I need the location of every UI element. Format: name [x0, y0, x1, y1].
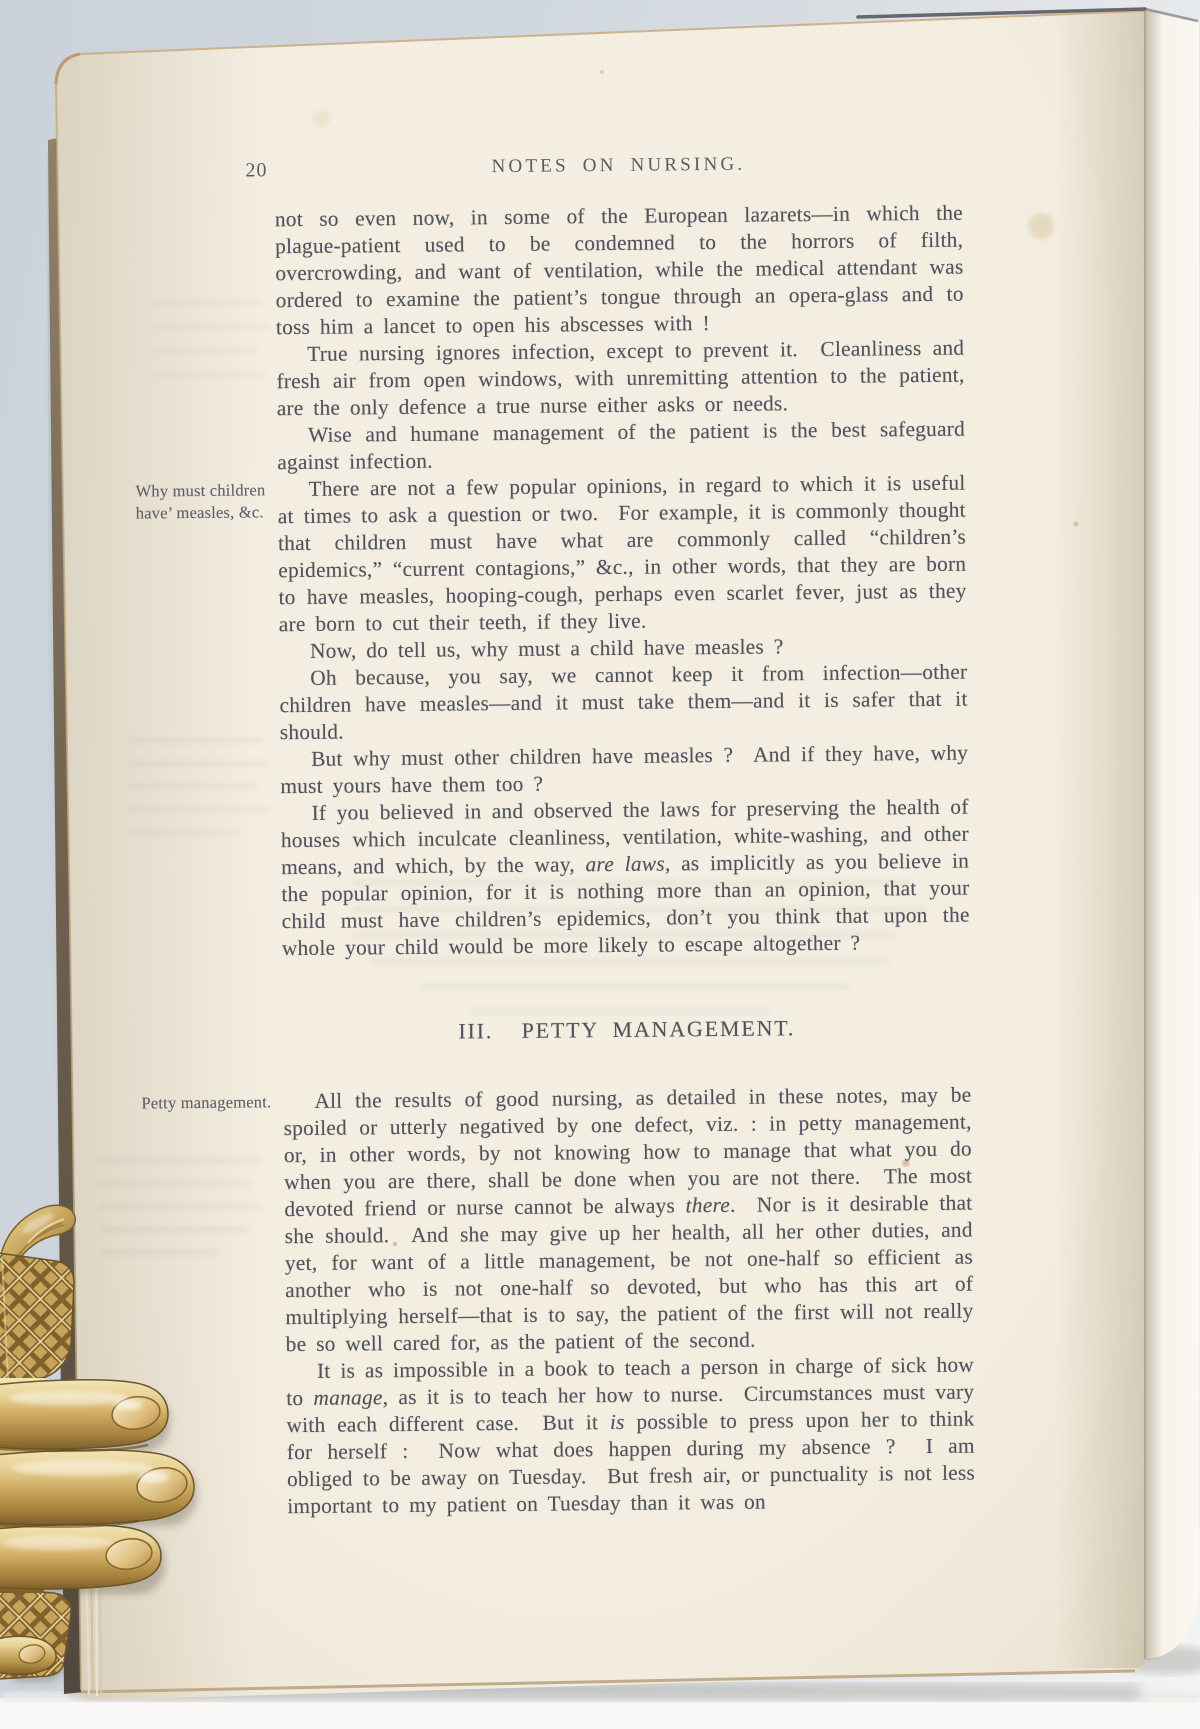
paragraph: Petty management.All the results of good…: [283, 1082, 974, 1359]
brass-hand-page-holder: [0, 1193, 208, 1693]
margin-note: Why must children have’ measles, &c.: [135, 479, 267, 523]
paragraph: If you believed in and observed the laws…: [281, 794, 971, 963]
paragraph: True nursing ignores infection, except t…: [276, 335, 965, 423]
paragraph: It is as impossible in a book to teach a…: [286, 1352, 976, 1521]
book-photograph: 20 NOTES ON NURSING. not so even now, in…: [0, 0, 1200, 1729]
page-number: 20: [245, 157, 267, 183]
margin-note: Petty management.: [141, 1091, 273, 1114]
running-head: NOTES ON NURSING.: [274, 151, 962, 182]
paragraph: Why must children have’ measles, &c.Ther…: [277, 470, 967, 639]
paragraph: not so even now, in some of the European…: [275, 200, 964, 342]
body-column: not so even now, in some of the European…: [275, 200, 976, 1521]
paragraph: Oh because, you say, we cannot keep it f…: [279, 659, 968, 747]
cuff-lattice: [0, 1253, 74, 1385]
paragraph: Wise and humane management of the patien…: [277, 416, 965, 477]
thumb: [0, 1636, 56, 1674]
section-heading: III. PETTY MANAGEMENT.: [283, 1012, 971, 1049]
paragraph: But why must other children have measles…: [280, 740, 968, 801]
